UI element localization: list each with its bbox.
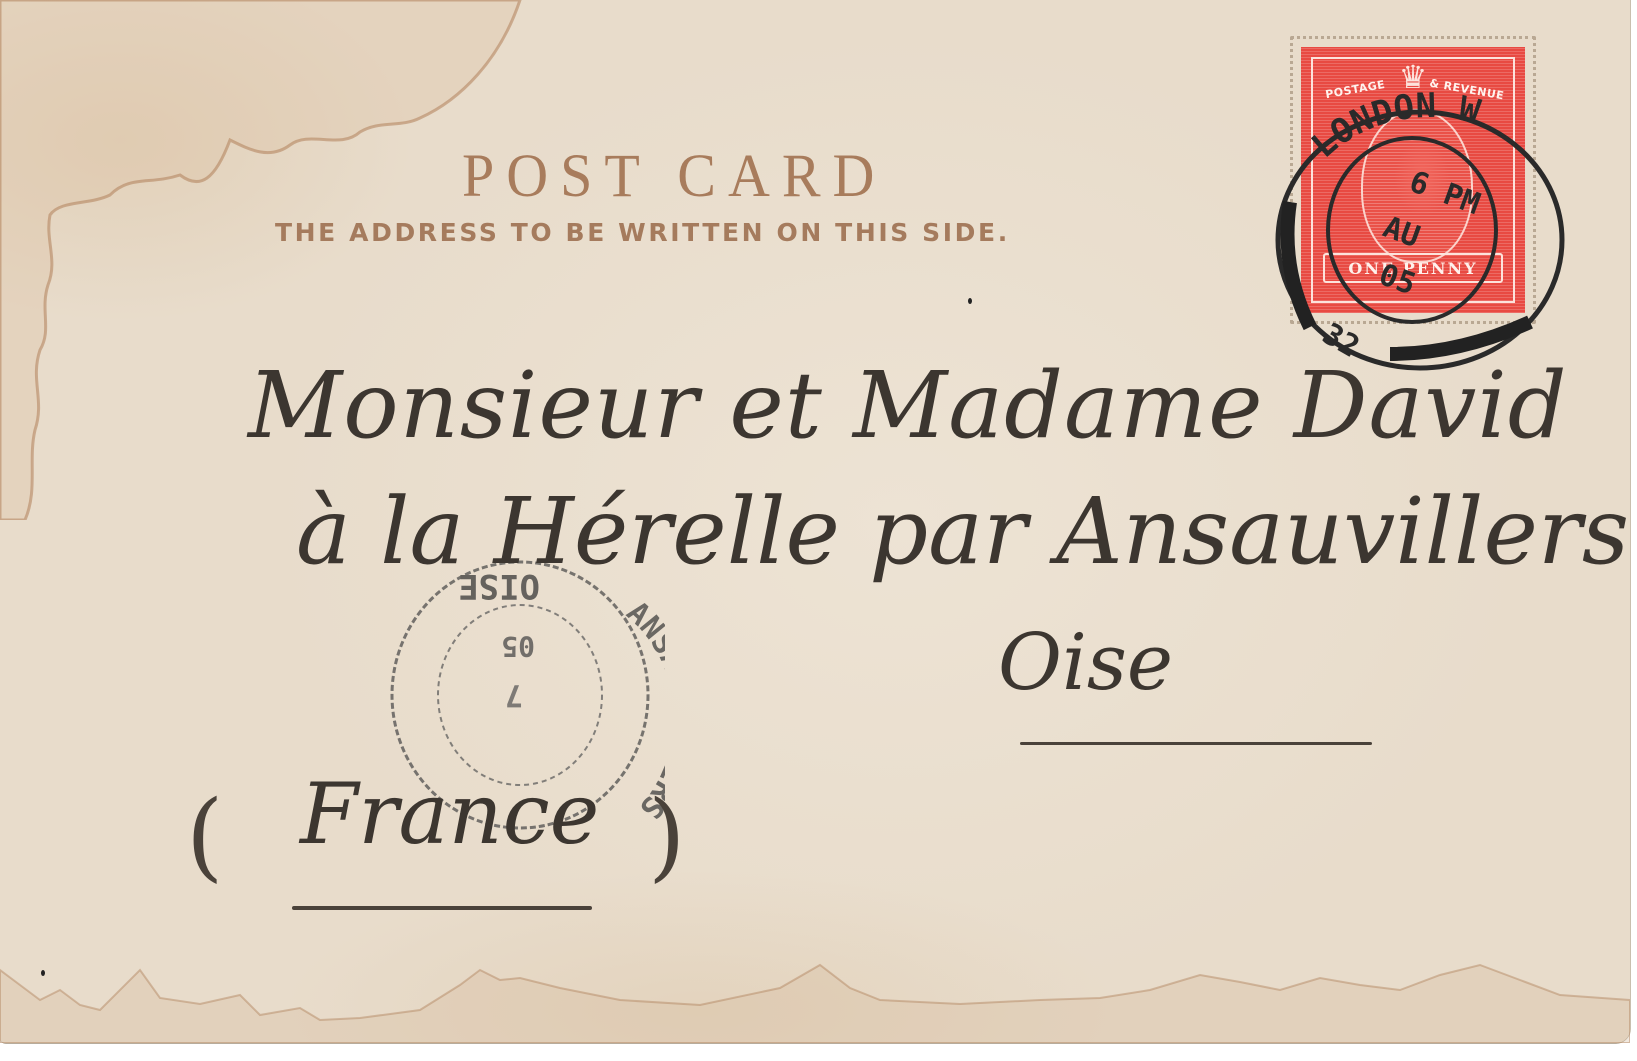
address-line-locality: à la Hérelle par Ansauvillers (296, 478, 1629, 585)
address-line-department: Oise (998, 618, 1173, 708)
stamp-body: ♛ POSTAGE & REVENUE ONE PENNY (1301, 47, 1525, 313)
address-line-recipient: Monsieur et Madame David (248, 352, 1568, 459)
stamp: ♛ POSTAGE & REVENUE ONE PENNY (1290, 36, 1536, 324)
card-subheading: THE ADDRESS TO BE WRITTEN ON THIS SIDE. (275, 218, 1010, 247)
postmark-year: 05 (501, 630, 535, 663)
crown-icon: ♛ (1399, 61, 1428, 93)
ink-speck (41, 970, 45, 976)
country-open-paren: ( (186, 780, 223, 892)
country-underline (292, 906, 592, 910)
department-underline (1020, 742, 1372, 745)
ink-speck (968, 298, 972, 304)
water-stain-bottom (0, 960, 1630, 1043)
postmark-day: 7 (505, 677, 523, 712)
stamp-value: ONE PENNY (1348, 259, 1477, 278)
stamp-value-box: ONE PENNY (1323, 253, 1503, 283)
king-portrait-icon (1361, 109, 1473, 263)
country-close-paren: ) (648, 780, 685, 892)
card-heading: POST CARD (462, 140, 886, 210)
postcard: POST CARD THE ADDRESS TO BE WRITTEN ON T… (0, 0, 1630, 1043)
address-line-country: France (300, 765, 599, 863)
